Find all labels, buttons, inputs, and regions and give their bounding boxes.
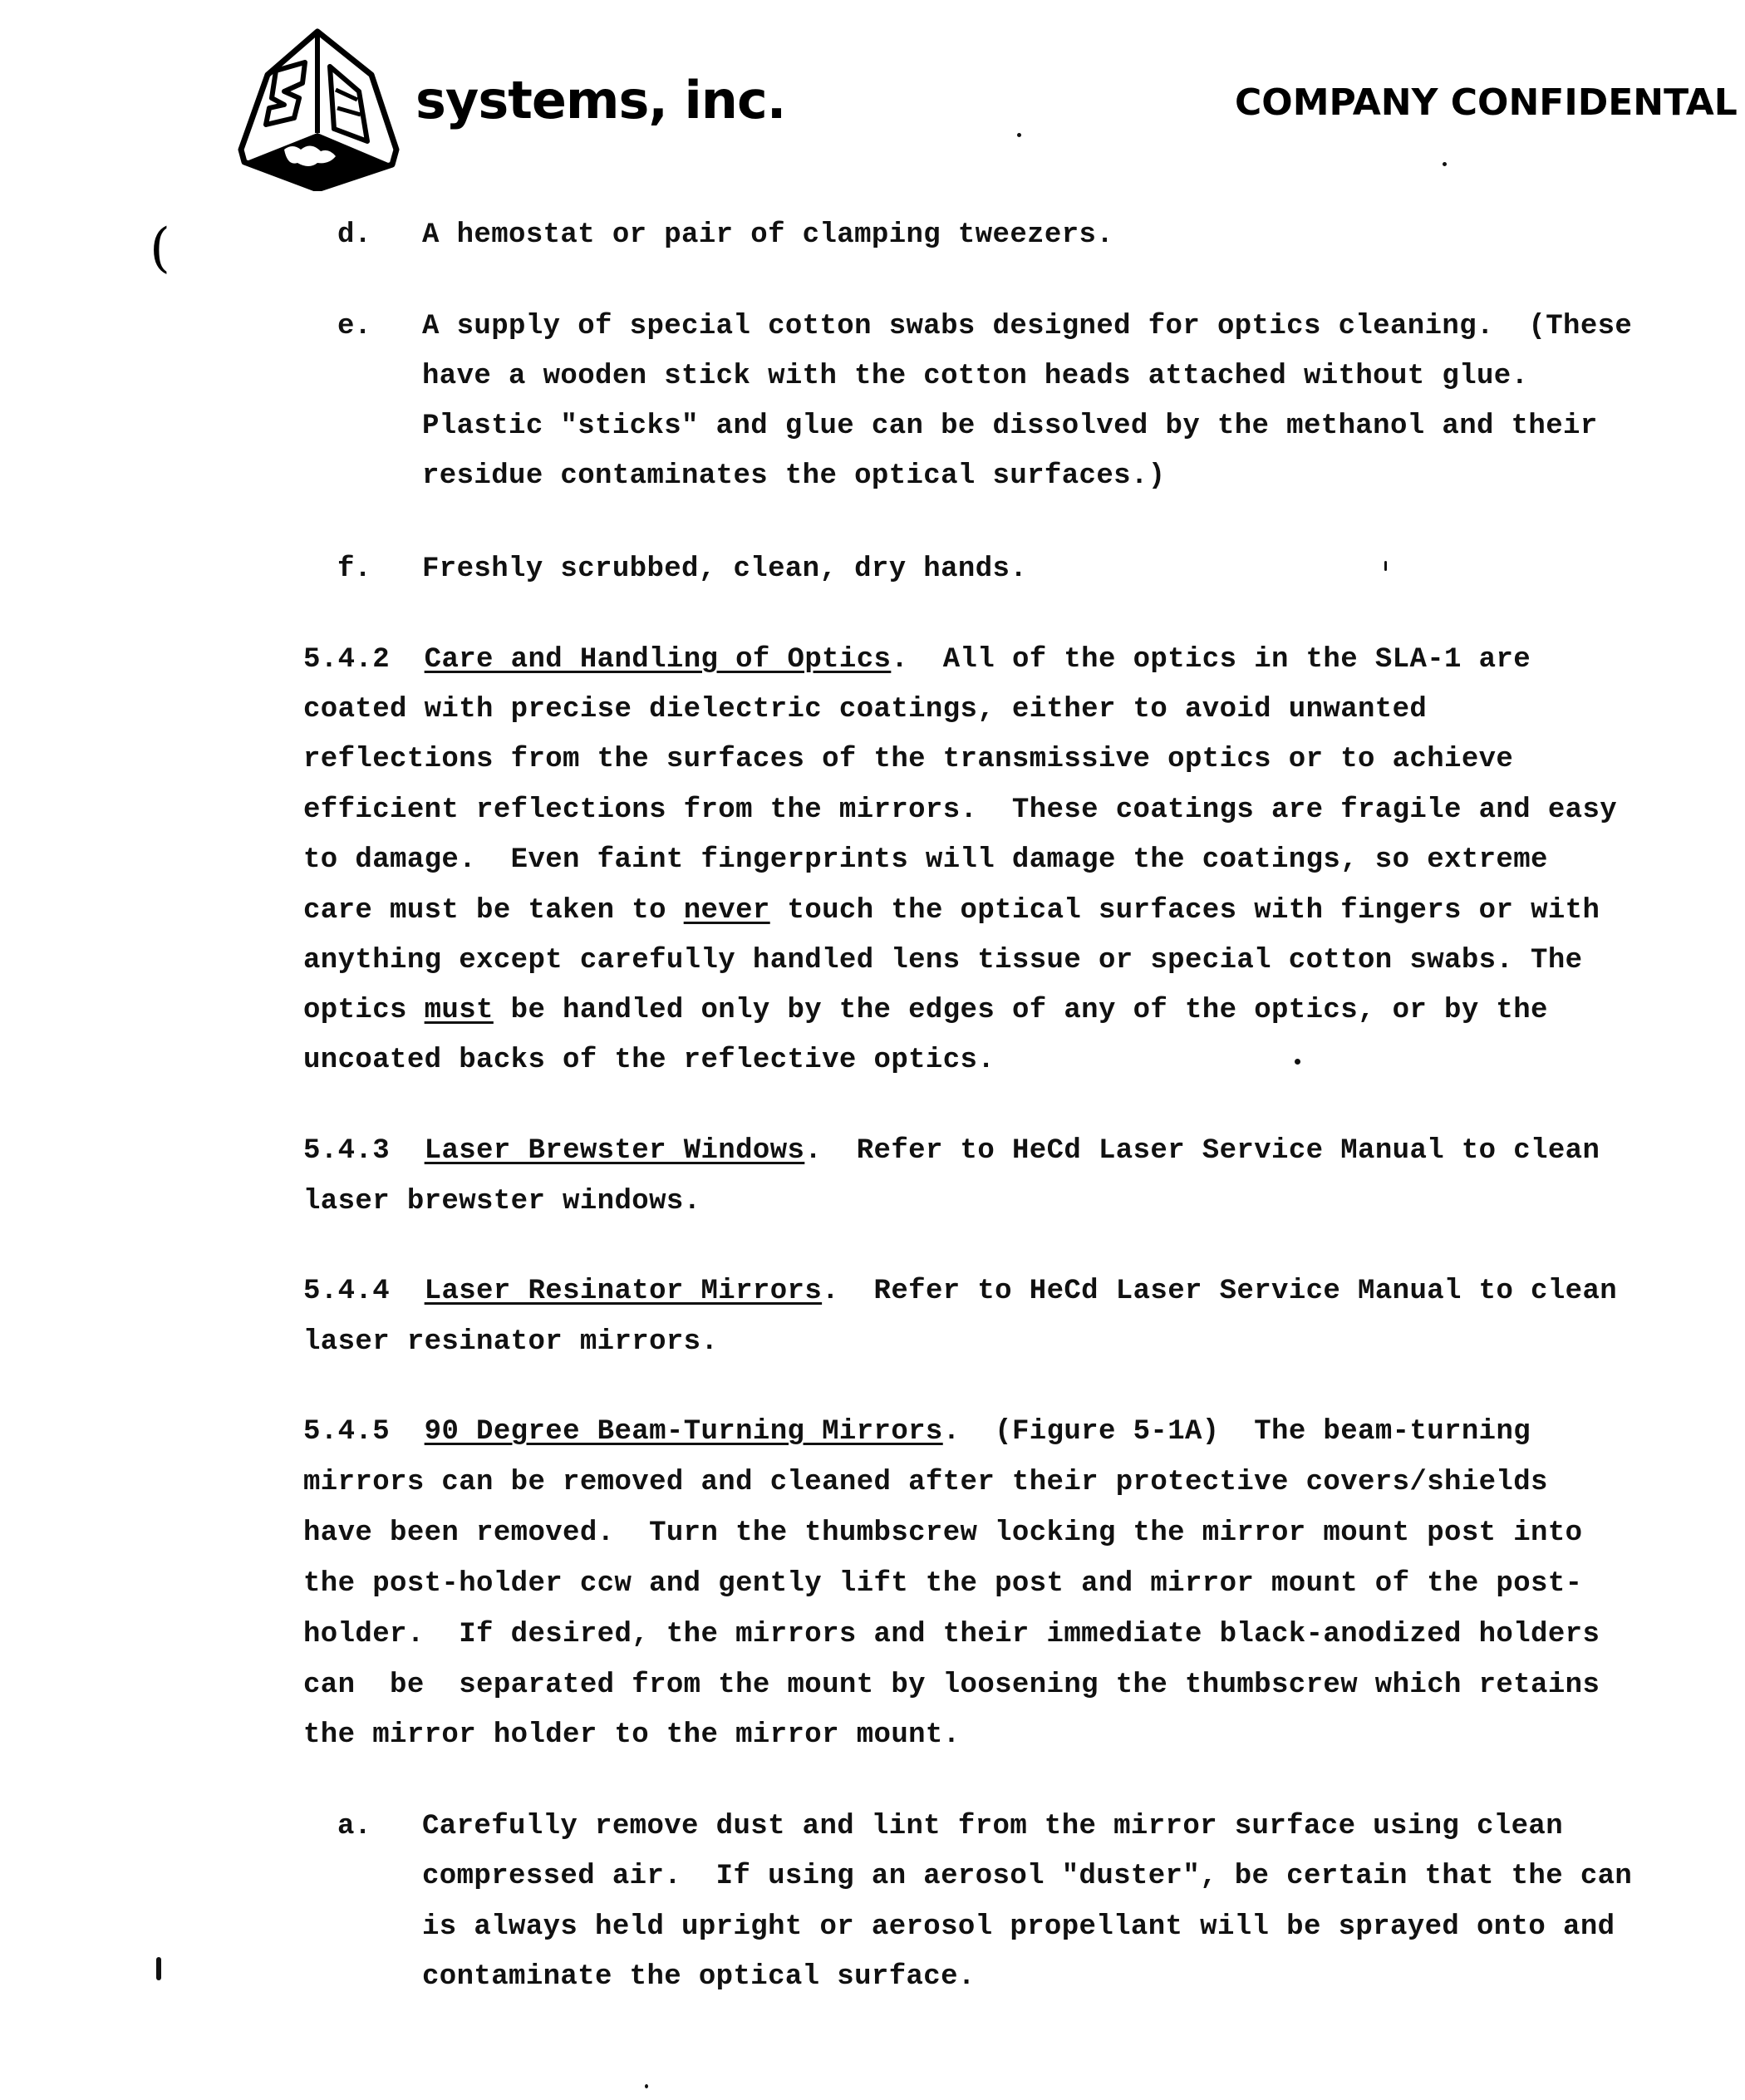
section-5-4-4-heading: 5.4.4 Laser Resinator Mirrors. Refer to … <box>303 1266 1617 1317</box>
section-text: . Refer to HeCd Laser Service Manual to … <box>804 1135 1600 1167</box>
section-text: . Refer to HeCd Laser Service Manual to … <box>822 1276 1617 1307</box>
section-line: mirrors can be removed and cleaned after… <box>303 1458 1548 1508</box>
scan-dot <box>1295 1059 1300 1065</box>
section-text: . All of the optics in the SLA-1 are <box>891 644 1531 676</box>
text: optics <box>303 995 425 1026</box>
list-label-d: d. <box>337 210 371 261</box>
section-line: uncoated backs of the reflective optics. <box>303 1035 995 1086</box>
section-5-4-2-heading: 5.4.2 Care and Handling of Optics. All o… <box>303 635 1531 686</box>
list-label-f: f. <box>337 544 371 595</box>
section-title: 90 Degree Beam-Turning Mirrors <box>425 1416 943 1448</box>
confidential-label: COMPANY CONFIDENTAL <box>1235 81 1738 124</box>
scan-dot <box>1017 133 1021 137</box>
section-title: Laser Brewster Windows <box>425 1135 805 1167</box>
emphasis-must: must <box>425 995 494 1026</box>
section-line: have been removed. Turn the thumbscrew l… <box>303 1508 1582 1559</box>
section-text: . (Figure 5-1A) The beam-turning <box>943 1416 1531 1448</box>
list-item-d: A hemostat or pair of clamping tweezers. <box>422 210 1113 261</box>
section-number: 5.4.3 <box>303 1135 390 1167</box>
margin-mark <box>156 1957 161 1980</box>
section-line: can be separated from the mount by loose… <box>303 1660 1600 1711</box>
company-brand: systems, inc. <box>415 70 785 130</box>
scan-dot <box>1384 561 1387 571</box>
scan-dot <box>1443 162 1447 166</box>
list-item-e-line: have a wooden stick with the cotton head… <box>422 352 1528 402</box>
text: care must be taken to <box>303 895 684 927</box>
section-line: laser resinator mirrors. <box>303 1317 718 1368</box>
section-line: efficient reflections from the mirrors. … <box>303 785 1617 836</box>
section-title: Laser Resinator Mirrors <box>425 1276 822 1307</box>
section-number: 5.4.5 <box>303 1416 390 1448</box>
section-line: laser brewster windows. <box>303 1177 700 1227</box>
list-item-a-line: is always held upright or aerosol propel… <box>422 1902 1615 1953</box>
text: touch the optical surfaces with fingers … <box>770 895 1600 927</box>
section-line: anything except carefully handled lens t… <box>303 936 1582 986</box>
section-line: the mirror holder to the mirror mount. <box>303 1710 961 1761</box>
scan-dot <box>645 2084 648 2088</box>
section-line: holder. If desired, the mirrors and thei… <box>303 1610 1600 1660</box>
section-line: the post-holder ccw and gently lift the … <box>303 1559 1582 1610</box>
section-line: to damage. Even faint fingerprints will … <box>303 835 1548 886</box>
list-item-a-line: compressed air. If using an aerosol "dus… <box>422 1852 1632 1902</box>
list-item-a-line: contaminate the optical surface. <box>422 1952 976 2003</box>
section-number: 5.4.2 <box>303 644 390 676</box>
section-line: care must be taken to never touch the op… <box>303 886 1600 937</box>
section-line: coated with precise dielectric coatings,… <box>303 685 1427 735</box>
list-item-a-line: Carefully remove dust and lint from the … <box>422 1802 1563 1852</box>
margin-mark: ( <box>150 218 170 279</box>
section-number: 5.4.4 <box>303 1276 390 1307</box>
section-5-4-3-heading: 5.4.3 Laser Brewster Windows. Refer to H… <box>303 1126 1600 1177</box>
3d-cube-logo-icon <box>226 25 409 191</box>
section-line: optics must be handled only by the edges… <box>303 986 1548 1036</box>
list-item-e-line: Plastic "sticks" and glue can be dissolv… <box>422 401 1598 452</box>
section-title: Care and Handling of Optics <box>425 644 892 676</box>
list-item-e-line: A supply of special cotton swabs designe… <box>422 302 1632 352</box>
emphasis-never: never <box>684 895 770 927</box>
list-label-e: e. <box>337 302 371 352</box>
text: be handled only by the edges of any of t… <box>494 995 1548 1026</box>
section-5-4-5-heading: 5.4.5 90 Degree Beam-Turning Mirrors. (F… <box>303 1407 1531 1458</box>
list-label-a: a. <box>337 1802 371 1852</box>
list-item-f: Freshly scrubbed, clean, dry hands. <box>422 544 1027 595</box>
document-page: systems, inc. COMPANY CONFIDENTAL ( d. A… <box>0 0 1745 2100</box>
section-line: reflections from the surfaces of the tra… <box>303 735 1513 785</box>
list-item-e-line: residue contaminates the optical surface… <box>422 451 1166 502</box>
